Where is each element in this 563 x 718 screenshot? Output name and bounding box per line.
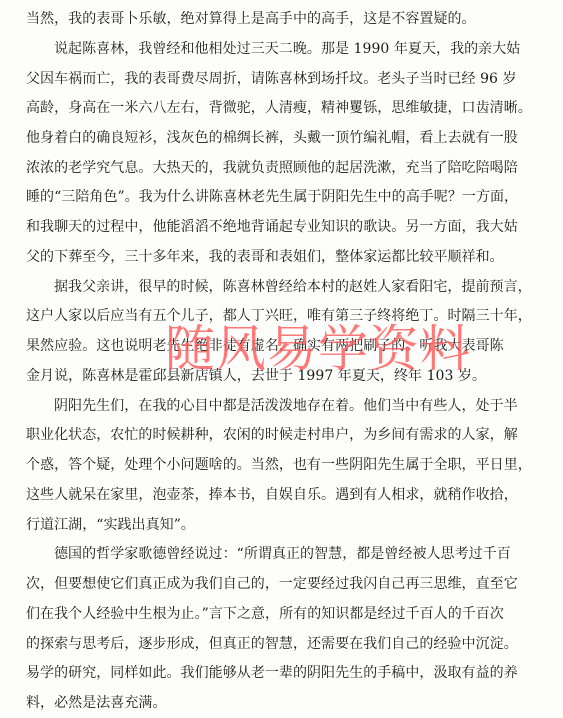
text-line: 行道江湖，“实践出真知”。 bbox=[26, 510, 195, 541]
paragraph-start-line: 说起陈喜林，我曾经和他相处过三天二晚。那是 1990 年夏天，我的亲大姑 bbox=[54, 34, 520, 65]
text-line: 料，必然是法喜充满。 bbox=[26, 688, 167, 718]
paragraph-start-line: 阴阳先生们，在我的心目中都是活泼泼地存在着。他们当中有些人，处于半 bbox=[54, 391, 518, 422]
text-line: 金月说，陈喜林是霍邱县新店镇人，去世于 1997 年夏天，终年 103 岁。 bbox=[26, 361, 486, 392]
paragraph-start-line: 据我父亲讲，很早的时候，陈喜林曾经给本村的赵姓人家看阳宅，提前预言， bbox=[54, 272, 532, 303]
text-line: 易学的研究，同样如此。我们能够从老一辈的阴阳先生的手稿中，汲取有益的养 bbox=[26, 658, 518, 689]
text-line: 浓浓的老学究气息。大热天的，我就负责照顾他的起居洗漱，充当了陪吃陪喝陪 bbox=[26, 153, 518, 184]
paragraph-start-line: 德国的哲学家歌德曾经说过：“所谓真正的智慧，都是曾经被人思考过千百 bbox=[54, 539, 511, 570]
scanned-book-page: 当然，我的表哥卜乐敏，绝对算得上是高手中的高手，这是不容置疑的。 说起陈喜林，我… bbox=[0, 0, 563, 718]
text-line: 他身着白的确良短衫，浅灰色的棉绸长裤，头戴一顶竹编礼帽，看上去就有一股 bbox=[26, 123, 518, 154]
text-line: 睡的“三陪角色”。我为什么讲陈喜林老先生属于阴阳先生中的高手呢？一方面， bbox=[26, 182, 518, 213]
text-line: 这户人家以后应当有五个儿子，都人丁兴旺，唯有第三子终将绝丁。时隔三十年， bbox=[26, 301, 532, 332]
text-line: 个惑，答个疑，处理个小问题啥的。当然，也有一些阴阳先生属于全职，平日里， bbox=[26, 450, 532, 481]
text-line: 的探索与思考后，逐步形成，但真正的智慧，还需要在我们自己的经验中沉淀。 bbox=[26, 629, 518, 660]
text-line: 父因车祸而亡，我的表哥费尽周折，请陈喜林到场扦坟。老头子当时已经 96 岁 bbox=[26, 64, 517, 95]
text-line: 父的下葬至今，三十多年来，我的表哥和表姐们，整体家运都比较平顺祥和。 bbox=[26, 242, 504, 273]
text-line: 次，但要想使它们真正成为我们自己的，一定要经过我闪自己再三思维，直至它 bbox=[26, 569, 518, 600]
text-line: 和我聊天的过程中，他能滔滔不绝地背诵起专业知识的歌诀。另一方面，我大姑 bbox=[26, 212, 518, 243]
text-line: 高龄，身高在一米六八左右，背微驼，人清瘦，精神矍铄，思维敏捷，口齿清晰。 bbox=[26, 93, 532, 124]
text-line: 当然，我的表哥卜乐敏，绝对算得上是高手中的高手，这是不容置疑的。 bbox=[26, 4, 476, 35]
text-line: 们在我个人经验中生根为止。”言下之意，所有的知识都是经过千百人的千百次 bbox=[26, 599, 504, 630]
text-line: 这些人就呆在家里，泡壶茶，捧本书，自娱自乐。遇到有人相求，就稍作收拾， bbox=[26, 480, 518, 511]
text-line: 果然应验。这也说明老先生绝非徒有虚名，确实有两把刷子的。听我大表哥陈 bbox=[26, 331, 504, 362]
text-line: 职业化状态，农忙的时候耕种，农闲的时候走村串户，为乡间有需求的人家，解 bbox=[26, 420, 518, 451]
